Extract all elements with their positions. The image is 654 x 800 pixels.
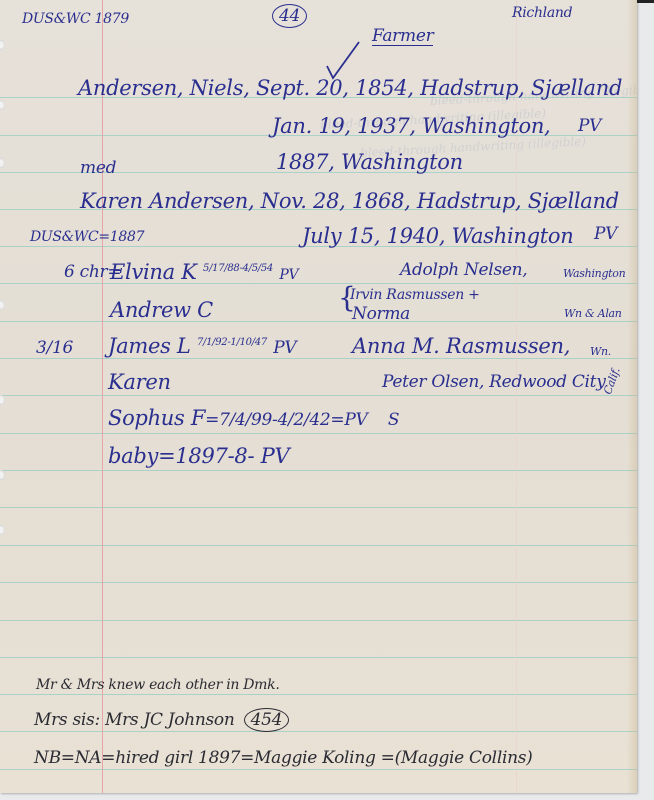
rule-line [0, 358, 637, 359]
binder-hole [0, 395, 5, 405]
binder-hole [0, 100, 5, 110]
notebook-page: bleed-through handwriting (illegible) bl… [0, 0, 637, 793]
rule-line [0, 694, 637, 695]
rule-line [0, 395, 637, 396]
wife-name: Karen Andersen [80, 189, 248, 213]
binder-hole [0, 300, 5, 310]
child-name: baby [108, 444, 158, 468]
footnote: Mr & Mrs knew each other in Dmk. [36, 678, 280, 692]
child-mark: PV [279, 267, 298, 283]
page-number-value: 44 [272, 4, 307, 28]
footnote: Mrs sis: Mrs JC Johnson 454 [34, 712, 289, 729]
footnote: NB=NA=hired girl 1897=Maggie Koling =(Ma… [34, 750, 533, 767]
child-dates: 7/1/92-1/10/47 [197, 337, 267, 348]
child-mark: PV [344, 410, 367, 430]
checkmark-icon [323, 40, 363, 80]
child-row: baby=1897-8- PV [108, 446, 289, 467]
left-margin-line [102, 0, 103, 793]
rule-line [0, 731, 637, 732]
child-mark: PV [261, 444, 290, 468]
wife-name-birth: Karen Andersen, Nov. 28, 1868, Hadstrup,… [80, 191, 619, 212]
children-margin-note: 3/16 [36, 340, 73, 357]
rule-line [0, 545, 637, 546]
child-mark: PV [273, 338, 296, 358]
footnote-circled-number: 454 [244, 708, 290, 732]
rule-line [0, 582, 637, 583]
child-place: Calif. [602, 366, 622, 396]
location: Richland [512, 6, 572, 20]
husband-death-mark: PV [578, 118, 601, 135]
child-spouse: Anna M. Rasmussen, [352, 336, 570, 357]
child-row: Sophus F=7/4/99-4/2/42=PV S [108, 408, 399, 429]
rule-line [0, 620, 637, 621]
child-spouse: Adolph Nelsen, [400, 262, 527, 279]
binder-hole [0, 470, 5, 480]
child-note: S [388, 410, 399, 430]
child-dates: =7/4/99-4/2/42= [205, 410, 344, 430]
source-note: DUS&WC 1879 [22, 12, 129, 26]
child-row: Elvina K 5/17/88-4/5/54 PV [110, 262, 298, 283]
rule-line [0, 657, 637, 658]
child-spouse: Norma [352, 306, 410, 323]
occupation: Farmer [372, 28, 433, 46]
child-spouse: Irvin Rasmussen + [350, 288, 480, 302]
footnote-text: Mrs sis: Mrs JC Johnson [34, 710, 235, 730]
rule-line [0, 769, 637, 770]
wife-source-note: DUS&WC=1887 [30, 230, 144, 244]
rule-line [0, 507, 637, 508]
husband-birth: Sept. 20, 1854, Hadstrup, Sjælland [256, 76, 622, 100]
child-name: James L [108, 334, 191, 358]
child-place: Wn & Alan [564, 308, 622, 319]
child-name: Elvina K [110, 260, 197, 284]
child-name: Sophus F [108, 406, 205, 430]
child-place: Wn. [590, 346, 611, 357]
binder-hole [0, 158, 5, 168]
child-spouse: Peter Olsen, Redwood City [382, 374, 606, 391]
husband-name-birth: Andersen, Niels, Sept. 20, 1854, Hadstru… [78, 78, 622, 99]
wife-death: July 15, 1940, Washington [302, 226, 573, 247]
rule-line [0, 283, 637, 284]
rule-line [0, 470, 637, 471]
husband-name: Andersen, Niels [78, 76, 243, 100]
binder-hole [0, 525, 5, 535]
child-row: James L 7/1/92-1/10/47 PV [108, 336, 296, 357]
husband-death: Jan. 19, 1937, Washington, [272, 116, 550, 137]
rule-line [0, 321, 637, 322]
location-text: Richland [512, 5, 572, 21]
page-number: 44 [272, 8, 307, 25]
child-place: Washington [563, 268, 625, 279]
child-row: Karen [108, 372, 171, 393]
wife-birth: Nov. 28, 1868, Hadstrup, Sjælland [261, 189, 619, 213]
child-row: Andrew C [110, 300, 213, 321]
child-dates: =1897-8- [158, 444, 254, 468]
child-dates: 5/17/88-4/5/54 [203, 263, 273, 274]
marriage-label: med [80, 160, 116, 177]
marriage-value: 1887, Washington [276, 152, 463, 173]
rule-line [0, 433, 637, 434]
wife-death-mark: PV [594, 226, 617, 243]
binder-hole [0, 40, 5, 50]
